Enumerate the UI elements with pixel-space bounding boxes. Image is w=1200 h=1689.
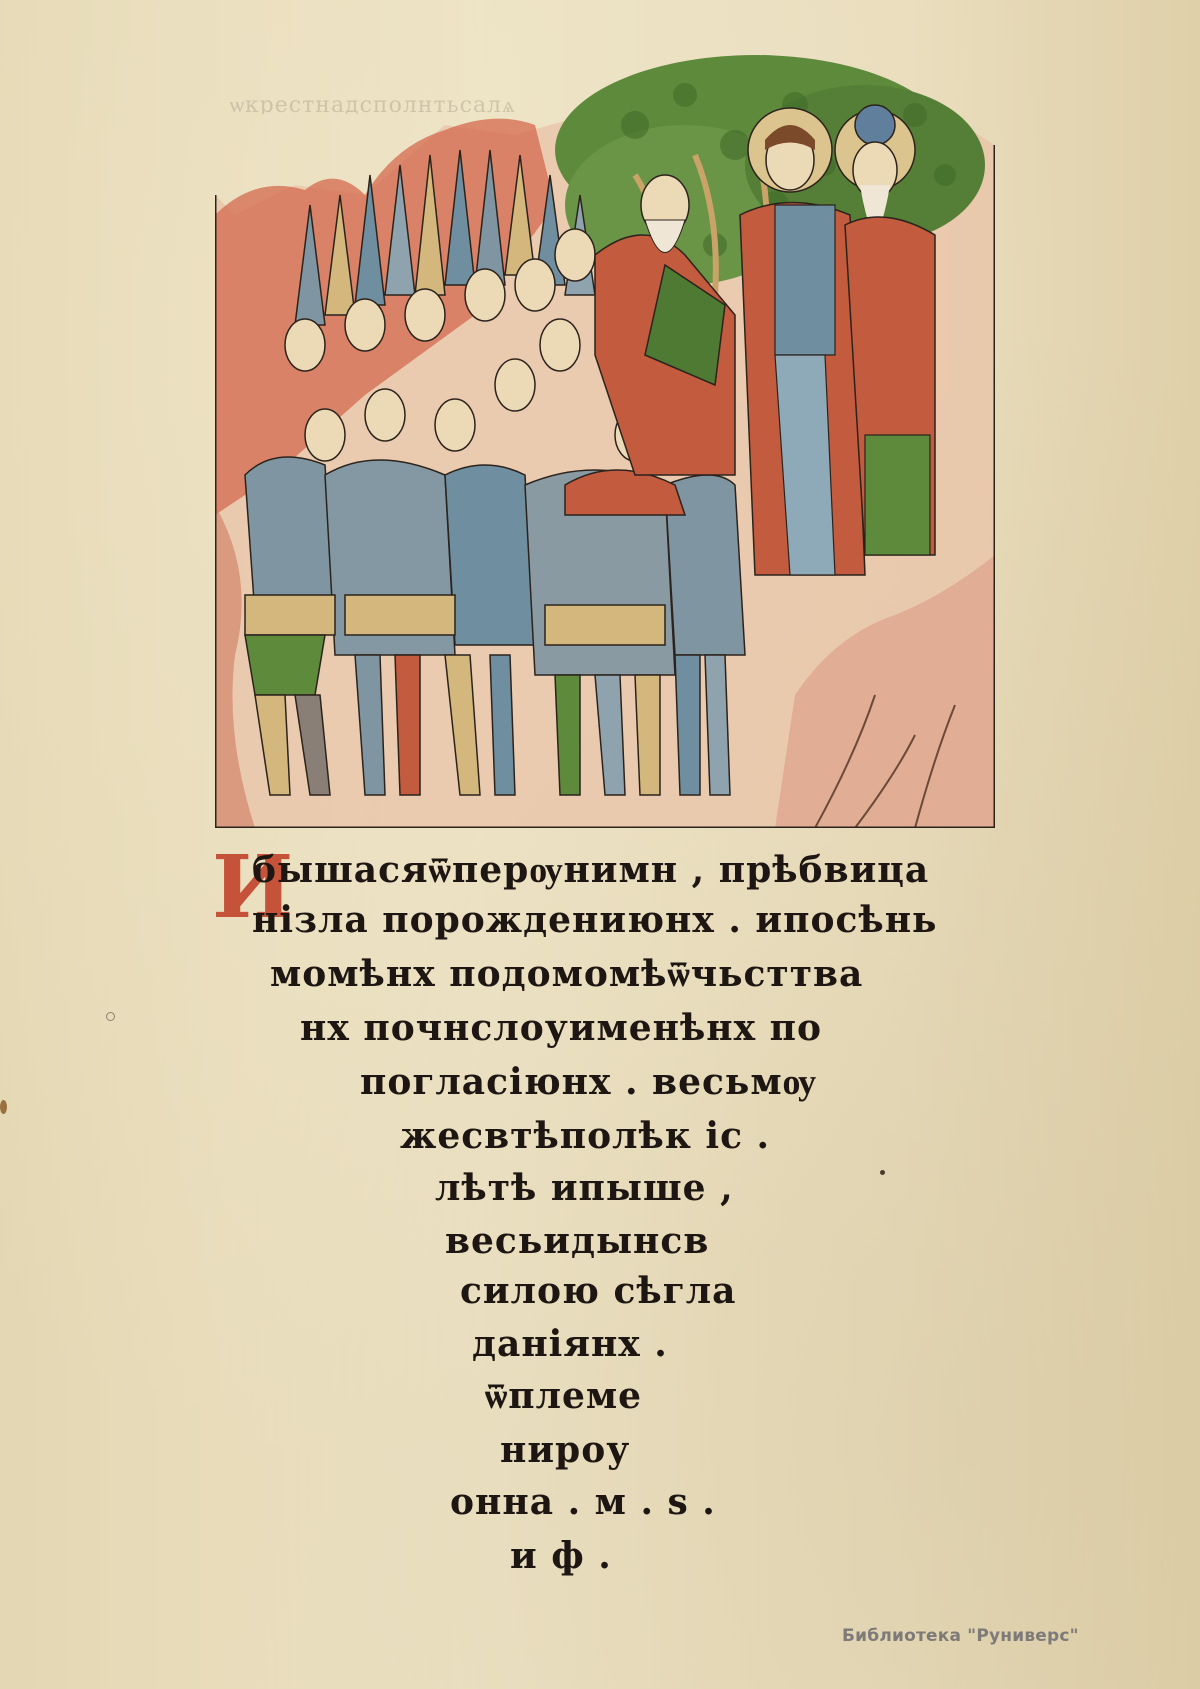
- text-line-9: силою сѣгла: [460, 1270, 736, 1312]
- text-line-6: жесвтѣполѣк іс .: [400, 1115, 770, 1157]
- text-line-11: ѿплеме: [485, 1375, 642, 1417]
- text-line-2: нізла порождениюнх . ипосѣнь: [252, 899, 938, 941]
- text-line-12: нироу: [500, 1429, 630, 1471]
- library-watermark: Библиотека "Руниверс": [842, 1626, 1079, 1646]
- text-line-8: весьидынсв: [445, 1220, 709, 1262]
- text-line-14: и ф .: [510, 1535, 612, 1577]
- text-line-13: онна . м . ѕ .: [450, 1481, 716, 1523]
- text-line-3: момѣнх подомомѣѿчьсттва: [270, 953, 863, 995]
- text-line-5: погласіюнх . весьмѹ: [360, 1061, 817, 1103]
- text-line-7: лѣтѣ ипыше ,: [435, 1167, 734, 1209]
- manuscript-page: ѡкрестнадсполнтьсалѧ: [0, 0, 1200, 1689]
- ink-dot: [880, 1170, 885, 1175]
- paper-stain: [0, 1100, 7, 1114]
- text-line-10: даніянх .: [472, 1323, 668, 1365]
- paper-spot: [106, 1012, 115, 1021]
- text-line-1: бышасяѿперѹнимн , прѣбвица: [252, 849, 929, 891]
- text-line-4: нх почнслоуименѣнх по: [300, 1007, 822, 1049]
- miniature-illustration: [215, 55, 995, 828]
- illuminated-miniature: [215, 55, 995, 828]
